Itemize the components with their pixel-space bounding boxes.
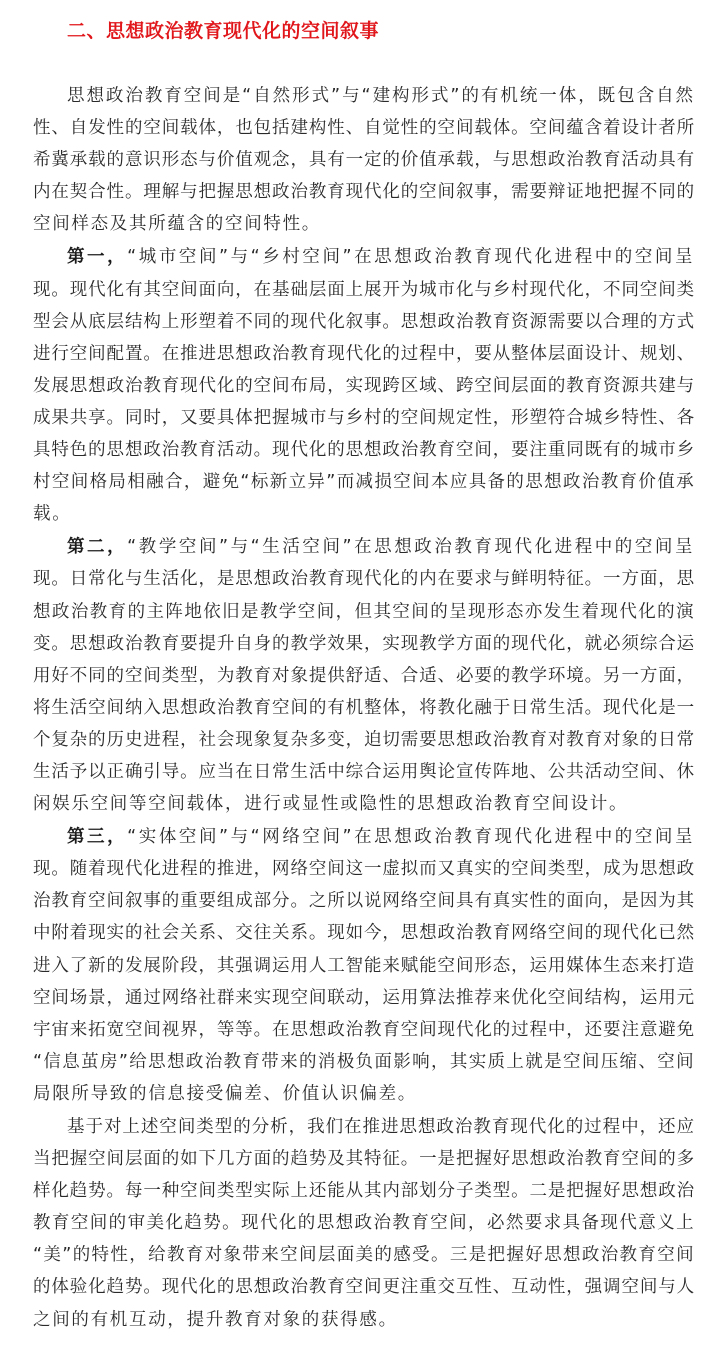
paragraph-line: 局限所导致的信息接受偏差、价值认识偏差。 [33,1078,695,1110]
line-text: 载。 [33,504,71,524]
line-text: 具特色的思想政治教育活动。现代化的思想政治教育空间，要注重同既有的城市乡 [33,440,695,460]
line-text: 个复杂的历史进程，社会现象复杂多变，迫切需要思想政治教育对教育对象的日常 [33,730,695,750]
paragraph-4: 第三，“实体空间”与“网络空间”在思想政治教育现代化进程中的空间呈现。随着现代化… [33,821,695,1110]
line-text: 型会从底层结构上形塑着不同的现代化叙事。思想政治教育资源需要以合理的方式 [33,312,695,332]
paragraph-lead: 第二， [67,537,127,557]
paragraph-5: 基于对上述空间类型的分析，我们在推进思想政治教育现代化的过程中，还应当把握空间层… [33,1111,695,1336]
section-title: 二、思想政治教育现代化的空间叙事 [67,16,379,43]
line-text: “实体空间”与“网络空间”在思想政治教育现代化进程中的空间呈 [127,827,695,847]
paragraph-line: 具特色的思想政治教育活动。现代化的思想政治教育空间，要注重同既有的城市乡 [33,434,695,466]
paragraph-line: 将生活空间纳入思想政治教育空间的有机整体，将教化融于日常生活。现代化是一 [33,692,695,724]
paragraph-line: 现。现代化有其空间面向，在基础层面上展开为城市化与乡村现代化，不同空间类 [33,274,695,306]
line-text: 现。日常化与生活化，是思想政治教育现代化的内在要求与鲜明特征。一方面，思 [33,569,695,589]
paragraph-line: 进行空间配置。在推进思想政治教育现代化的过程中，要从整体层面设计、规划、 [33,338,695,370]
paragraph-line: 生活予以正确引导。应当在日常生活中综合运用舆论宣传阵地、公共活动空间、休 [33,756,695,788]
line-text: 变。思想政治教育要提升自身的教学效果，实现教学方面的现代化，就必须综合运 [33,634,695,654]
paragraph-lead: 第三， [67,827,127,847]
paragraph-line: 村空间格局相融合，避免“标新立异”而减损空间本应具备的思想政治教育价值承 [33,466,695,498]
line-text: “教学空间”与“生活空间”在思想政治教育现代化进程中的空间呈 [127,537,695,557]
paragraph-line: 样化趋势。每一种空间类型实际上还能从其内部划分子类型。二是把握好思想政治 [33,1175,695,1207]
paragraph-2: 第一，“城市空间”与“乡村空间”在思想政治教育现代化进程中的空间呈现。现代化有其… [33,241,695,530]
paragraph-line: 发展思想政治教育现代化的空间布局，实现跨区域、跨空间层面的教育资源共建与 [33,370,695,402]
paragraph-line: 教育空间的审美化趋势。现代化的思想政治教育空间，必然要求具备现代意义上 [33,1207,695,1239]
line-text: 思想政治教育空间是“自然形式”与“建构形式”的有机统一体，既包含自然 [67,86,695,106]
paragraph-line: 现。随着现代化进程的推进，网络空间这一虚拟而又真实的空间类型，成为思想政 [33,853,695,885]
paragraph-line: 个复杂的历史进程，社会现象复杂多变，迫切需要思想政治教育对教育对象的日常 [33,724,695,756]
line-text: 现。现代化有其空间面向，在基础层面上展开为城市化与乡村现代化，不同空间类 [33,280,695,300]
line-text: 性、自发性的空间载体，也包括建构性、自觉性的空间载体。空间蕴含着设计者所 [33,118,695,138]
line-text: 空间场景，通过网络社群来实现空间联动，运用算法推荐来优化空间结构，运用元 [33,988,695,1008]
line-text: 样化趋势。每一种空间类型实际上还能从其内部划分子类型。二是把握好思想政治 [33,1181,695,1201]
paragraph-line: 思想政治教育空间是“自然形式”与“建构形式”的有机统一体，既包含自然 [33,80,695,112]
paragraph-line: “美”的特性，给教育对象带来空间层面美的感受。三是把握好思想政治教育空间 [33,1239,695,1271]
paragraph-lead: 第一， [67,247,127,267]
line-text: 现。随着现代化进程的推进，网络空间这一虚拟而又真实的空间类型，成为思想政 [33,859,695,879]
paragraph-line: 的体验化趋势。现代化的思想政治教育空间更注重交互性、互动性，强调空间与人 [33,1271,695,1303]
paragraph-line: 治教育空间叙事的重要组成部分。之所以说网络空间具有真实性的面向，是因为其 [33,885,695,917]
line-text: 想政治教育的主阵地依旧是教学空间，但其空间的呈现形态亦发生着现代化的演 [33,602,695,622]
paragraph-line: 第二，“教学空间”与“生活空间”在思想政治教育现代化进程中的空间呈 [33,531,695,563]
line-text: 闲娱乐空间等空间载体，进行或显性或隐性的思想政治教育空间设计。 [33,794,628,814]
line-text: 中附着现实的社会关系、交往关系。现如今，思想政治教育网络空间的现代化已然 [33,923,695,943]
paragraph-line: 之间的有机互动，提升教育对象的获得感。 [33,1304,695,1336]
paragraph-line: 空间场景，通过网络社群来实现空间联动，运用算法推荐来优化空间结构，运用元 [33,982,695,1014]
line-text: 治教育空间叙事的重要组成部分。之所以说网络空间具有真实性的面向，是因为其 [33,891,695,911]
line-text: 用好不同的空间类型，为教育对象提供舒适、合适、必要的教学环境。另一方面， [33,666,695,686]
line-text: 教育空间的审美化趋势。现代化的思想政治教育空间，必然要求具备现代意义上 [33,1213,695,1233]
line-text: 的体验化趋势。现代化的思想政治教育空间更注重交互性、互动性，强调空间与人 [33,1277,695,1297]
paragraph-line: 用好不同的空间类型，为教育对象提供舒适、合适、必要的教学环境。另一方面， [33,660,695,692]
paragraph-line: 性、自发性的空间载体，也包括建构性、自觉性的空间载体。空间蕴含着设计者所 [33,112,695,144]
article-body: 思想政治教育空间是“自然形式”与“建构形式”的有机统一体，既包含自然性、自发性的… [33,80,695,1337]
paragraph-line: 空间样态及其所蕴含的空间特性。 [33,208,695,240]
line-text: 生活予以正确引导。应当在日常生活中综合运用舆论宣传阵地、公共活动空间、休 [33,762,695,782]
line-text: 将生活空间纳入思想政治教育空间的有机整体，将教化融于日常生活。现代化是一 [33,698,695,718]
paragraph-line: 想政治教育的主阵地依旧是教学空间，但其空间的呈现形态亦发生着现代化的演 [33,596,695,628]
line-text: 村空间格局相融合，避免“标新立异”而减损空间本应具备的思想政治教育价值承 [33,472,695,492]
paragraph-line: 希冀承载的意识形态与价值观念，具有一定的价值承载，与思想政治教育活动具有 [33,144,695,176]
line-text: “城市空间”与“乡村空间”在思想政治教育现代化进程中的空间呈 [127,247,695,267]
line-text: 发展思想政治教育现代化的空间布局，实现跨区域、跨空间层面的教育资源共建与 [33,376,695,396]
line-text: “美”的特性，给教育对象带来空间层面美的感受。三是把握好思想政治教育空间 [33,1245,695,1265]
paragraph-line: 中附着现实的社会关系、交往关系。现如今，思想政治教育网络空间的现代化已然 [33,917,695,949]
paragraph-line: 内在契合性。理解与把握思想政治教育现代化的空间叙事，需要辩证地把握不同的 [33,176,695,208]
paragraph-line: 基于对上述空间类型的分析，我们在推进思想政治教育现代化的过程中，还应 [33,1111,695,1143]
line-text: 希冀承载的意识形态与价值观念，具有一定的价值承载，与思想政治教育活动具有 [33,150,695,170]
line-text: 空间样态及其所蕴含的空间特性。 [33,214,321,234]
line-text: 进行空间配置。在推进思想政治教育现代化的过程中，要从整体层面设计、规划、 [33,344,695,364]
paragraph-line: 型会从底层结构上形塑着不同的现代化叙事。思想政治教育资源需要以合理的方式 [33,306,695,338]
paragraph-line: 现。日常化与生活化，是思想政治教育现代化的内在要求与鲜明特征。一方面，思 [33,563,695,595]
line-text: 局限所导致的信息接受偏差、价值认识偏差。 [33,1084,417,1104]
paragraph-line: 宇宙来拓宽空间视界，等等。在思想政治教育空间现代化的过程中，还要注意避免 [33,1014,695,1046]
paragraph-line: 闲娱乐空间等空间载体，进行或显性或隐性的思想政治教育空间设计。 [33,788,695,820]
paragraph-line: “信息茧房”给思想政治教育带来的消极负面影响，其实质上就是空间压缩、空间 [33,1046,695,1078]
line-text: 之间的有机互动，提升教育对象的获得感。 [33,1310,398,1330]
line-text: 进入了新的发展阶段，其强调运用人工智能来赋能空间形态，运用媒体生态来打造 [33,956,695,976]
line-text: 基于对上述空间类型的分析，我们在推进思想政治教育现代化的过程中，还应 [67,1117,695,1137]
paragraph-line: 第一，“城市空间”与“乡村空间”在思想政治教育现代化进程中的空间呈 [33,241,695,273]
paragraph-line: 成果共享。同时，又要具体把握城市与乡村的空间规定性，形塑符合城乡特性、各 [33,402,695,434]
line-text: 当把握空间层面的如下几方面的趋势及其特征。一是把握好思想政治教育空间的多 [33,1149,695,1169]
line-text: 宇宙来拓宽空间视界，等等。在思想政治教育空间现代化的过程中，还要注意避免 [33,1020,695,1040]
line-text: 成果共享。同时，又要具体把握城市与乡村的空间规定性，形塑符合城乡特性、各 [33,408,695,428]
paragraph-line: 进入了新的发展阶段，其强调运用人工智能来赋能空间形态，运用媒体生态来打造 [33,950,695,982]
line-text: “信息茧房”给思想政治教育带来的消极负面影响，其实质上就是空间压缩、空间 [33,1052,695,1072]
paragraph-line: 第三，“实体空间”与“网络空间”在思想政治教育现代化进程中的空间呈 [33,821,695,853]
paragraph-1: 思想政治教育空间是“自然形式”与“建构形式”的有机统一体，既包含自然性、自发性的… [33,80,695,240]
paragraph-3: 第二，“教学空间”与“生活空间”在思想政治教育现代化进程中的空间呈现。日常化与生… [33,531,695,820]
line-text: 内在契合性。理解与把握思想政治教育现代化的空间叙事，需要辩证地把握不同的 [33,182,695,202]
paragraph-line: 变。思想政治教育要提升自身的教学效果，实现教学方面的现代化，就必须综合运 [33,628,695,660]
paragraph-line: 当把握空间层面的如下几方面的趋势及其特征。一是把握好思想政治教育空间的多 [33,1143,695,1175]
paragraph-line: 载。 [33,498,695,530]
